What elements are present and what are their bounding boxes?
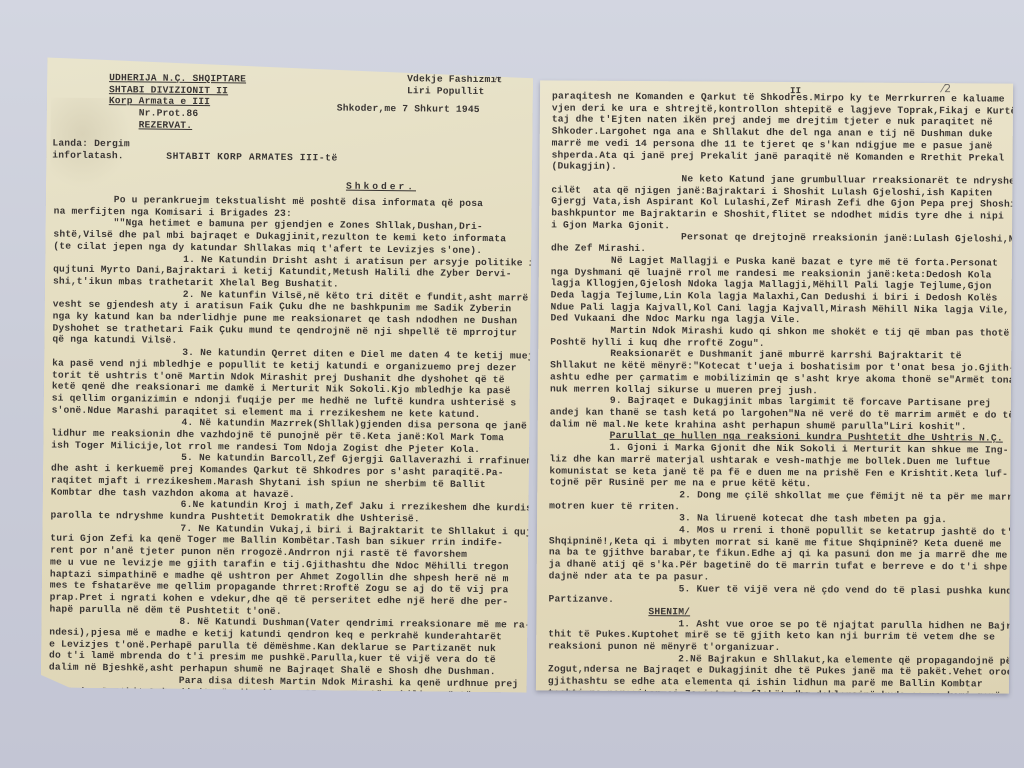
classification-stamp: REZERVAT. (109, 119, 246, 132)
letterhead: UDHERIJA N.Ç. SHQIPTARE SHTABI DIVIZIONI… (109, 72, 247, 132)
letter-body-continued: paraqitesh ne Komanden e Qarkut të Shkod… (548, 90, 1007, 693)
document-page-1: UDHERIJA N.Ç. SHQIPTARE SHTABI DIVIZIONI… (41, 57, 534, 692)
subject-line: inforlatash. (52, 149, 130, 162)
subject: Landa: Dergim inforlatash. (52, 138, 130, 162)
body-paragraphs: paraqitesh ne Komanden e Qarkut të Shkod… (548, 90, 1007, 608)
letter-body: Po u perankruejm tekstualisht më poshtë … (49, 194, 526, 693)
addressee: SHTABIT KORP ARMATES III-të (166, 151, 338, 165)
notes: 1. Asht vue oroe se po të njajtat parull… (548, 617, 1004, 694)
document-date: Shkoder,me 7 Shkurt 1945 (337, 103, 480, 116)
addressee-city: Shkoder. (346, 181, 416, 193)
slogan-line: Vdekje Fashizmit (407, 73, 502, 86)
slogan: Vdekje Fashizmit Liri Popullit (407, 73, 503, 97)
subject-line: Landa: Dergim (52, 138, 130, 151)
slogan-line: Liri Popullit (407, 85, 502, 98)
pencil-mark: // (495, 70, 503, 82)
document-page-2: II ⁄2 paraqitesh ne Komanden e Qarkut të… (536, 80, 1013, 693)
